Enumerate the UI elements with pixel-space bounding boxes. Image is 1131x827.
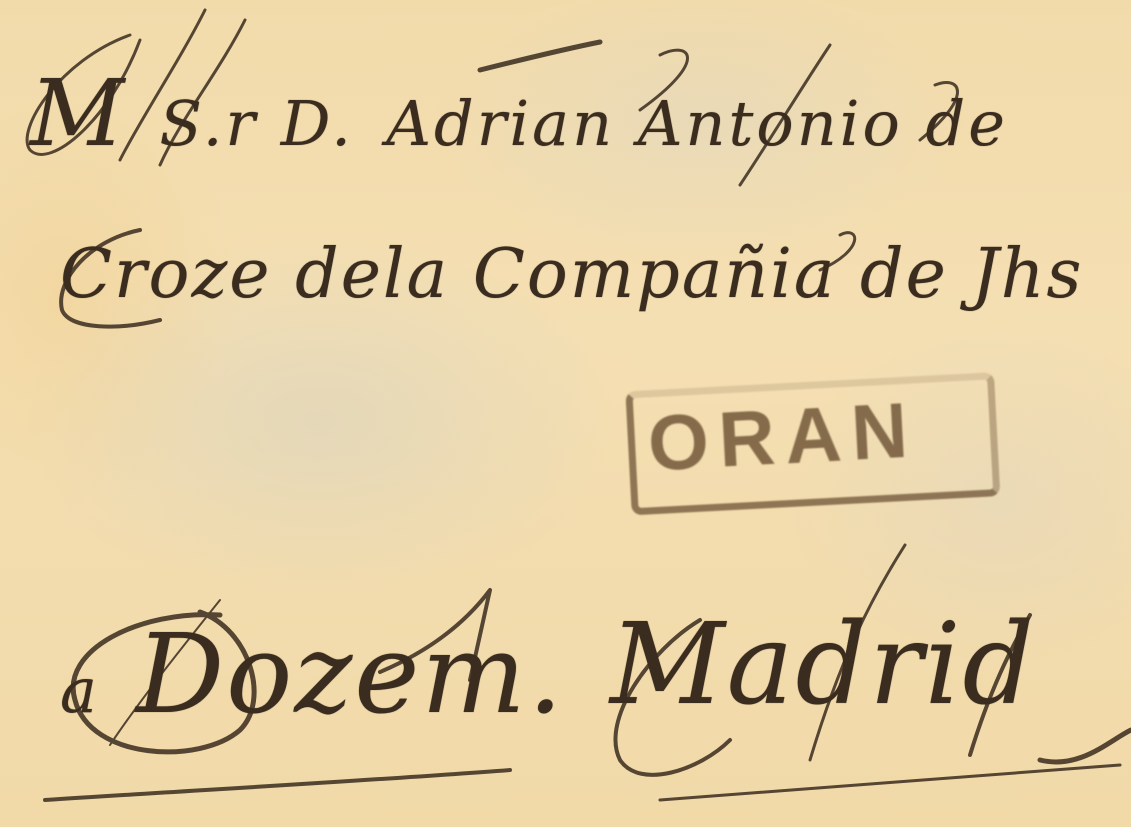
date-prefix: a (60, 654, 99, 727)
destination-city: Madrid (610, 600, 1036, 730)
letter-cover: M S.r D. Adrian Antonio de Croze dela Co… (0, 0, 1131, 827)
date-month: Dozem. (136, 610, 565, 738)
postmark-text: ORAN (646, 384, 920, 489)
address-line-2: Croze dela Compañia de Jhs (60, 235, 1083, 314)
title-abbrev: S.r D. (159, 87, 354, 160)
address-line-1: M S.r D. Adrian Antonio de (30, 60, 1008, 167)
recipient-name: Adrian Antonio de (386, 87, 1008, 160)
dateline: a Dozem. (60, 610, 565, 738)
postmark-handstamp: ORAN (625, 363, 991, 512)
honorific: M (30, 60, 127, 167)
